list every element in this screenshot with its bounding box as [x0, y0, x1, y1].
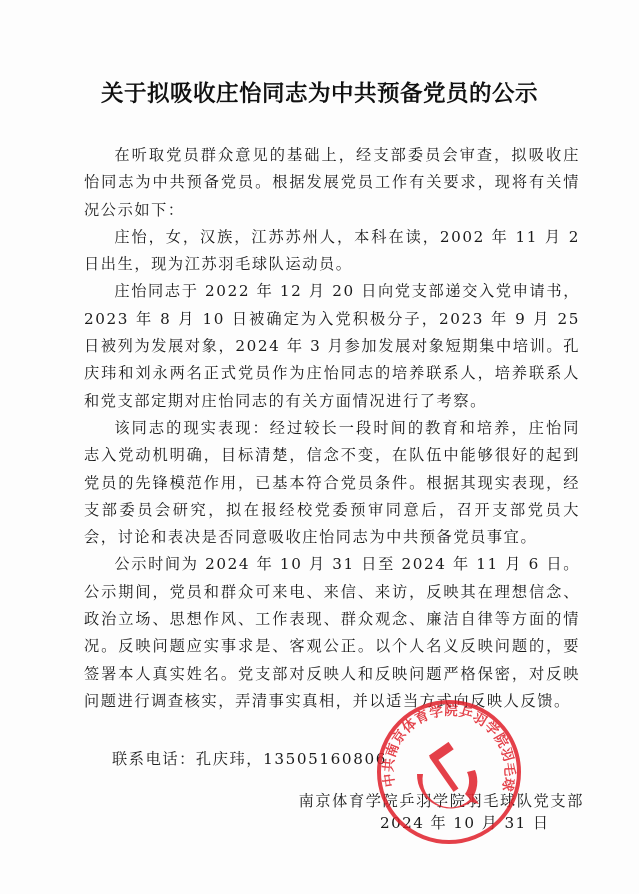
document-body: 在听取党员群众意见的基础上，经支部委员会审查，拟吸收庄怡同志为中共预备党员。根据… — [84, 142, 580, 715]
contact-line: 联系电话：孔庆玮，13505160806 — [112, 748, 387, 769]
paragraph-history: 庄怡同志于 2022 年 12 月 20 日向党支部递交入党申请书，2023 年… — [84, 278, 580, 414]
paragraph-notice-period: 公示时间为 2024 年 10 月 31 日至 2024 年 11 月 6 日。… — [84, 551, 580, 715]
paragraph-intro: 在听取党员群众意见的基础上，经支部委员会审查，拟吸收庄怡同志为中共预备党员。根据… — [84, 142, 580, 224]
paragraph-profile: 庄怡，女，汉族，江苏苏州人，本科在读，2002 年 11 月 2 日出生，现为江… — [84, 224, 580, 279]
paragraph-performance: 该同志的现实表现：经过较长一段时间的教育和培养，庄怡同志入党动机明确，目标清楚，… — [84, 415, 580, 551]
hammer-sickle-icon — [417, 742, 479, 809]
official-stamp: 中共南京体育学院乒羽学院羽毛球队支部委员会 — [375, 698, 523, 846]
document-title: 关于拟吸收庄怡同志为中共预备党员的公示 — [0, 76, 639, 108]
